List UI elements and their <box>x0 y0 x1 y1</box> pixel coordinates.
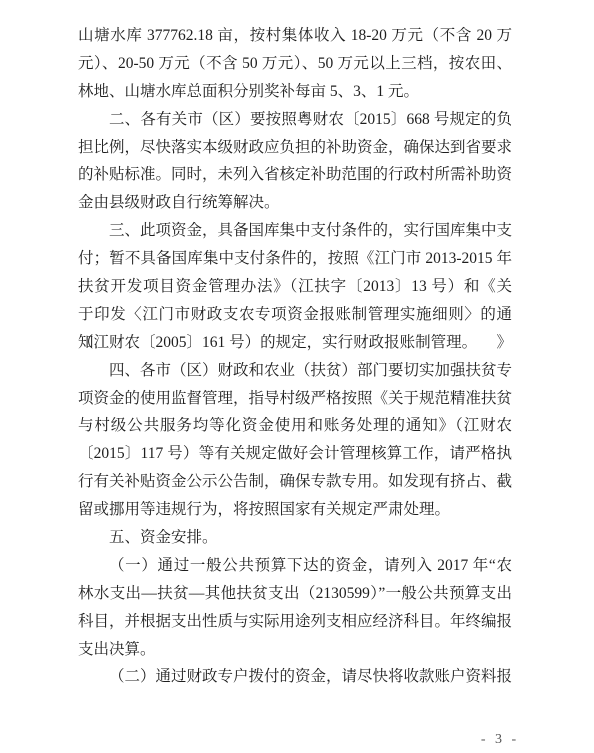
paragraph-line: 项资金的使用监督管理，指导村级严格按照《关于规范精准扶贫 <box>78 385 512 413</box>
paragraph-line: 元）、20-50 万元（不含 50 万元）、50 万元以上三档，按农田、 <box>78 50 512 78</box>
paragraph-line: 行有关补贴资金公示公告制，确保专款专用。如发现有挤占、截 <box>78 468 512 496</box>
subsection-2-heading-line: （二）通过财政专户拨付的资金，请尽快将收款账户资料报 <box>78 663 512 691</box>
paragraph-line: 留或挪用等违规行为，将按照国家有关规定严肃处理。 <box>78 496 512 524</box>
paragraph-line: 金由县级财政自行统筹解决。 <box>78 189 512 217</box>
paragraph-line: 山塘水库 377762.18 亩，按村集体收入 18-20 万元（不含 20 万 <box>78 22 512 50</box>
paragraph-line: 林水支出—扶贫—其他扶贫支出（2130599）”一般公共预算支出 <box>78 580 512 608</box>
section-5-heading: 五、资金安排。 <box>78 524 512 552</box>
document-body: 山塘水库 377762.18 亩，按村集体收入 18-20 万元（不含 20 万… <box>78 22 512 691</box>
paragraph-line: 付；暂不具备国库集中支付条件的，按照《江门市 2013-2015 年 <box>78 245 512 273</box>
subsection-1-heading-line: （一）通过一般公共预算下达的资金，请列入 2017 年“农 <box>78 552 512 580</box>
paragraph-line: 的补贴标准。同时，未列入省核定补助范围的行政村所需补助资 <box>78 161 512 189</box>
section-4-heading-line: 四、各市（区）财政和农业（扶贫）部门要切实加强扶贫专 <box>78 357 512 385</box>
document-page: 山塘水库 377762.18 亩，按村集体收入 18-20 万元（不含 20 万… <box>0 0 594 753</box>
page-number: - 3 - <box>480 731 520 749</box>
paragraph-line: 支出决算。 <box>78 636 512 664</box>
paragraph-line: 于印发〈江门市财政支农专项资金报账制管理实施细则〉的通知》 <box>78 301 512 329</box>
section-2-heading-line: 二、各有关市（区）要按照粤财农〔2015〕668 号规定的负 <box>78 106 512 134</box>
paragraph-line: 扶贫开发项目资金管理办法》（江扶字〔2013〕13 号）和《关 <box>78 273 512 301</box>
paragraph-line: 〔2015〕117 号）等有关规定做好会计管理核算工作，请严格执 <box>78 440 512 468</box>
paragraph-line: 林地、山塘水库总面积分别奖补每亩 5、3、1 元。 <box>78 78 512 106</box>
paragraph-line: 担比例，尽快落实本级财政应负担的补助资金，确保达到省要求 <box>78 134 512 162</box>
paragraph-line: 与村级公共服务均等化资金使用和账务处理的通知》（江财农 <box>78 412 512 440</box>
paragraph-line: 科目，并根据支出性质与实际用途列支相应经济科目。年终编报 <box>78 608 512 636</box>
paragraph-line: （江财农〔2005〕161 号）的规定，实行财政报账制管理。 <box>78 329 512 357</box>
section-3-heading-line: 三、此项资金，具备国库集中支付条件的，实行国库集中支 <box>78 217 512 245</box>
